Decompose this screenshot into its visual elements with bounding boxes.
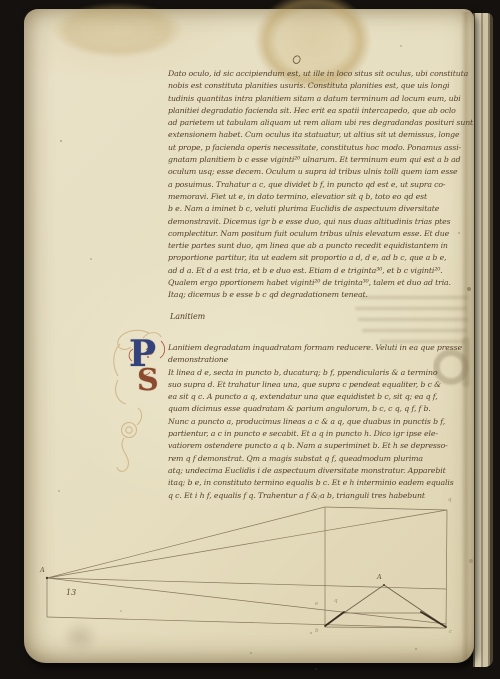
manuscript-line: ea sit q c. A puncto a q, extendatur una… [168, 391, 474, 403]
manuscript-line: gnatam planitiem b c esse viginti²⁰ ulna… [168, 154, 472, 166]
parchment-speckles [60, 140, 62, 142]
diagram-label-13: 13 [66, 588, 76, 597]
manuscript-line: rem q f demonstrat. Qm a magis substat q… [168, 453, 474, 465]
manuscript-line: Qualem ergo pportionem habet viginti²⁰ d… [168, 277, 472, 289]
manuscript-line: Nunc a puncto a, producimus lineas a c &… [168, 416, 474, 428]
bleed-through-line [355, 307, 467, 310]
manuscript-line: itaq; b e, in constituto termino equalis… [168, 477, 474, 489]
manuscript-line: partientur, a c in puncto e secabit. Et … [168, 428, 474, 440]
manuscript-line: quam dicimus esse quadratam & parium ang… [168, 403, 474, 415]
illuminated-initial-s: S [137, 366, 159, 396]
manuscript-line: ad parietem ut tabulam aliquam ut rem al… [168, 117, 472, 129]
manuscript-photo: Dato oculo, id sic accipiendum est, ut i… [0, 0, 500, 679]
diagram-label-q-top: q [448, 497, 452, 503]
manuscript-line: Lanitiem degradatam inquadratam formam r… [168, 342, 474, 354]
bleed-through-line [358, 318, 468, 321]
catchword: Lanitiem [170, 312, 205, 321]
manuscript-line: q c. Et i h f, equalis f q. Trahentur a … [168, 490, 474, 502]
manuscript-line: memoravi. Fiet ut e, in dato termino, el… [168, 191, 472, 203]
manuscript-line: Dato oculo, id sic accipiendum est, ut i… [168, 68, 472, 80]
manuscript-line: ad d a. Et d a est tria, et b e duo est.… [168, 265, 472, 277]
manuscript-line: ut prope, p facienda operis necessitate,… [168, 142, 472, 154]
diagram-label-c-bottom: c [449, 629, 452, 635]
manuscript-line: atq; undecima Euclidis i de aspectuum di… [168, 465, 474, 477]
manuscript-line: nobis est constituta planities usuris. C… [168, 80, 472, 92]
manuscript-line: a posuimus. Trahatur a c, que dividet b … [168, 179, 472, 191]
text-block-2: Lanitiem degradatam inquadratam formam r… [168, 342, 474, 502]
diagram-label-b-bottom: b [315, 628, 319, 634]
manuscript-line: complectitur. Nam positum fuit oculum tr… [168, 228, 472, 240]
book-fore-edge [473, 13, 493, 667]
manuscript-line: It linea d e, secta in puncto b, ducatur… [168, 367, 474, 379]
bleed-through-line [362, 329, 467, 332]
manuscript-line: oculum usq; esse decem. Oculum u supra i… [168, 166, 472, 178]
manuscript-line: tudinis quantitas intra planitiem sitam … [168, 93, 472, 105]
diagram-label-a-apex: A [377, 573, 382, 581]
manuscript-line: proportione partitur, ita ut eadem sit p… [168, 252, 472, 264]
diagram-label-a-left: A [40, 566, 45, 574]
manuscript-line: b e. Nam a iminet b c, veluti plurima Eu… [168, 203, 472, 215]
text-block-1: Dato oculo, id sic accipiendum est, ut i… [168, 68, 472, 302]
manuscript-line: planitiei degradatio facienda sit. Hec e… [168, 105, 472, 117]
manuscript-line: extensionem habet. Cum oculus ita statua… [168, 129, 472, 141]
diagram-label-f-top: f [318, 495, 320, 501]
manuscript-line: vatiorem ostendere puncto a q b. Nam a s… [168, 440, 474, 452]
diagram-label-e: e [315, 601, 318, 607]
manuscript-line: Itaq; dicemus b e esse b c qd degradatio… [168, 289, 472, 301]
manuscript-line: demonstravit. Dicemus igr b e esse duo, … [168, 216, 472, 228]
diagram-label-q-inner: q [334, 598, 338, 604]
manuscript-line: tertie partes sunt duo, qm linea que ab … [168, 240, 472, 252]
manuscript-line: demonstratione [168, 354, 474, 366]
manuscript-line: suo supra d. Et trahatur linea una, que … [168, 379, 474, 391]
